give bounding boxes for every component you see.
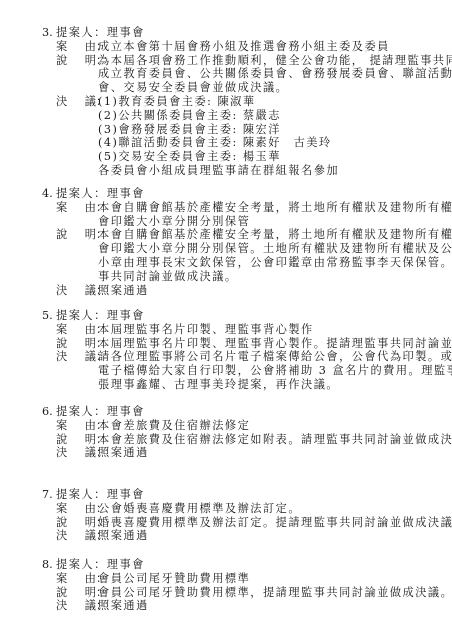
resolution-text: 照案通過: [98, 529, 149, 543]
resolution-row: 決議：照案通過: [42, 599, 432, 613]
proposer-label: 提案人：: [56, 187, 107, 200]
proposal-header: 8.提案人：理事會: [42, 558, 432, 572]
explain-text-cont: 事共同討論並做成決議。: [42, 270, 432, 284]
reason-row: 案由：成立本會第十屆會務小組及推選會務小組主委及委員: [42, 40, 432, 54]
proposal-number: 7.: [42, 488, 56, 502]
resolution-text: 照案通過: [98, 599, 149, 613]
proposal-header: 4.提案人：理事會: [42, 187, 432, 201]
explain-text-cont: 成立教育委員會、公共關係委員會、會務發展委員會、聯誼活動委員: [42, 67, 432, 81]
reason-text: 公會婚喪喜慶費用標準及辦法訂定。: [98, 502, 301, 516]
explain-label: 說明: [56, 433, 96, 447]
explain-row: 說明：婚喪喜慶費用標準及辦法訂定。提請理監事共同討論並做成決議。: [42, 516, 432, 530]
reason-text: 成立本會第十屆會務小組及推選會務小組主委及委員: [98, 40, 390, 54]
proposal-number: 5.: [42, 309, 56, 323]
proposal-7: 7.提案人：理事會 案由：公會婚喪喜慶費用標準及辦法訂定。 說明：婚喪喜慶費用標…: [42, 488, 432, 543]
resolution-row: 決議：請各位理監事將公司名片電子檔案傳給公會，公會代為印製。或公會將: [42, 350, 432, 364]
proposer-label: 提案人：: [56, 26, 107, 39]
resolution-label: 決議: [56, 350, 96, 364]
proposal-number: 3.: [42, 26, 56, 40]
resolution-text: (1)教育委員會主委: 陳淑華: [98, 95, 256, 109]
reason-row: 案由：本會差旅費及住宿辦法修定: [42, 419, 432, 433]
proposal-4: 4.提案人：理事會 案由：本會自購會館基於產權安全考量，將土地所有權狀及建物所有…: [42, 187, 432, 297]
explain-label: 說明: [56, 586, 96, 600]
proposer-label: 提案人：: [56, 309, 107, 322]
proposer: 理事會: [107, 309, 145, 322]
resolution-text: 照案通過: [98, 284, 149, 298]
explain-row: 說明：本會差旅費及住宿辦法修定如附表。請理監事共同討論並做成決議。: [42, 433, 432, 447]
resolution-text-cont: 張理事鑫耀、古理事美玲提案，再作決議。: [42, 378, 432, 392]
explain-row: 說明：本會自購會館基於產權安全考量，將土地所有權狀及建物所有權狀及公: [42, 228, 432, 242]
resolution-text-cont: (5)交易安全委員會主委: 楊玉華: [42, 150, 432, 164]
explain-row: 說明：為本屆各項會務工作推動順利，健全公會功能， 提請理監事共同討論: [42, 54, 432, 68]
resolution-text-cont: 電子檔傳給大家自行印製，公會將補助 3 盒名片的費用。理監事背心請: [42, 364, 432, 378]
resolution-text-cont: 各委員會小組成員理監事請在群組報名參加: [42, 164, 432, 178]
document-page: 3.提案人：理事會 案由：成立本會第十屆會務小組及推選會務小組主委及委員 說明：…: [0, 0, 452, 640]
resolution-row: 決議：照案通過: [42, 284, 432, 298]
reason-label: 案由: [56, 572, 96, 586]
resolution-text: 照案通過: [98, 446, 149, 460]
resolution-label: 決議: [56, 95, 96, 109]
explain-text: 婚喪喜慶費用標準及辦法訂定。提請理監事共同討論並做成決議。: [98, 516, 452, 530]
proposer-label: 提案人：: [56, 558, 107, 571]
explain-text: 本會差旅費及住宿辦法修定如附表。請理監事共同討論並做成決議。: [98, 433, 452, 447]
proposer-label: 提案人：: [56, 405, 107, 418]
reason-text-cont: 會印鑑大小章分開分別保管: [42, 215, 432, 229]
reason-label: 案由: [56, 323, 96, 337]
resolution-row: 決議：照案通過: [42, 446, 432, 460]
proposer: 理事會: [107, 488, 145, 501]
resolution-text-cont: (2)公共關係委員會主委: 蔡嚴志: [42, 109, 432, 123]
explain-text-cont: 小章由理事長宋文欽保管，公會印鑑章由常務監事李天保保管。請理監: [42, 256, 432, 270]
proposal-header: 5.提案人：理事會: [42, 309, 432, 323]
reason-row: 案由：本會自購會館基於產權安全考量，將土地所有權狀及建物所有權狀及公: [42, 201, 432, 215]
explain-label: 說明: [56, 54, 96, 68]
proposal-header: 7.提案人：理事會: [42, 488, 432, 502]
explain-text: 會員公司尾牙贊助費用標準，提請理監事共同討論並做成決議。: [98, 586, 452, 600]
resolution-label: 決議: [56, 446, 96, 460]
resolution-text-cont: (4)聯誼活動委員會主委: 陳素好 古美玲: [42, 136, 432, 150]
resolution-row: 決議：照案通過: [42, 529, 432, 543]
reason-label: 案由: [56, 40, 96, 54]
explain-text: 為本屆各項會務工作推動順利，健全公會功能， 提請理監事共同討論: [98, 54, 452, 68]
resolution-text: 請各位理監事將公司名片電子檔案傳給公會，公會代為印製。或公會將: [98, 350, 452, 364]
reason-text: 會員公司尾牙贊助費用標準: [98, 572, 250, 586]
explain-text: 本會自購會館基於產權安全考量，將土地所有權狀及建物所有權狀及公: [98, 228, 452, 242]
proposer-label: 提案人：: [56, 488, 107, 501]
resolution-label: 決議: [56, 284, 96, 298]
proposer: 理事會: [107, 26, 145, 39]
reason-row: 案由：公會婚喪喜慶費用標準及辦法訂定。: [42, 502, 432, 516]
reason-label: 案由: [56, 419, 96, 433]
proposer: 理事會: [107, 405, 145, 418]
proposal-header: 6.提案人：理事會: [42, 405, 432, 419]
proposal-5: 5.提案人：理事會 案由：本屆理監事名片印製、理監事背心製作 說明：本屆理監事名…: [42, 309, 432, 392]
explain-label: 說明: [56, 337, 96, 351]
resolution-row: 決議：(1)教育委員會主委: 陳淑華: [42, 95, 432, 109]
reason-text: 本會差旅費及住宿辦法修定: [98, 419, 250, 433]
proposer: 理事會: [107, 558, 145, 571]
proposal-3: 3.提案人：理事會 案由：成立本會第十屆會務小組及推選會務小組主委及委員 說明：…: [42, 26, 432, 178]
explain-label: 說明: [56, 228, 96, 242]
reason-row: 案由：會員公司尾牙贊助費用標準: [42, 572, 432, 586]
explain-row: 說明：本屆理監事名片印製、理監事背心製作。提請理監事共同討論並做成決議: [42, 337, 432, 351]
explain-text: 本屆理監事名片印製、理監事背心製作。提請理監事共同討論並做成決議: [98, 337, 452, 351]
explain-text-cont: 會、交易安全委員會並做成決議。: [42, 81, 432, 95]
proposal-number: 4.: [42, 187, 56, 201]
proposal-header: 3.提案人：理事會: [42, 26, 432, 40]
resolution-label: 決議: [56, 599, 96, 613]
resolution-label: 決議: [56, 529, 96, 543]
proposal-8: 8.提案人：理事會 案由：會員公司尾牙贊助費用標準 說明：會員公司尾牙贊助費用標…: [42, 558, 432, 613]
explain-label: 說明: [56, 516, 96, 530]
proposal-number: 6.: [42, 405, 56, 419]
proposal-number: 8.: [42, 558, 56, 572]
reason-text: 本會自購會館基於產權安全考量，將土地所有權狀及建物所有權狀及公: [98, 201, 452, 215]
explain-text-cont: 會印鑑大小章分開分別保管。土地所有權狀及建物所有權狀及公會印鑑: [42, 242, 432, 256]
proposal-6: 6.提案人：理事會 案由：本會差旅費及住宿辦法修定 說明：本會差旅費及住宿辦法修…: [42, 405, 432, 460]
proposer: 理事會: [107, 187, 145, 200]
reason-text: 本屆理監事名片印製、理監事背心製作: [98, 323, 314, 337]
reason-row: 案由：本屆理監事名片印製、理監事背心製作: [42, 323, 432, 337]
explain-row: 說明：會員公司尾牙贊助費用標準，提請理監事共同討論並做成決議。: [42, 586, 432, 600]
reason-label: 案由: [56, 201, 96, 215]
reason-label: 案由: [56, 502, 96, 516]
resolution-text-cont: (3)會務發展委員會主委: 陳宏洋: [42, 123, 432, 137]
